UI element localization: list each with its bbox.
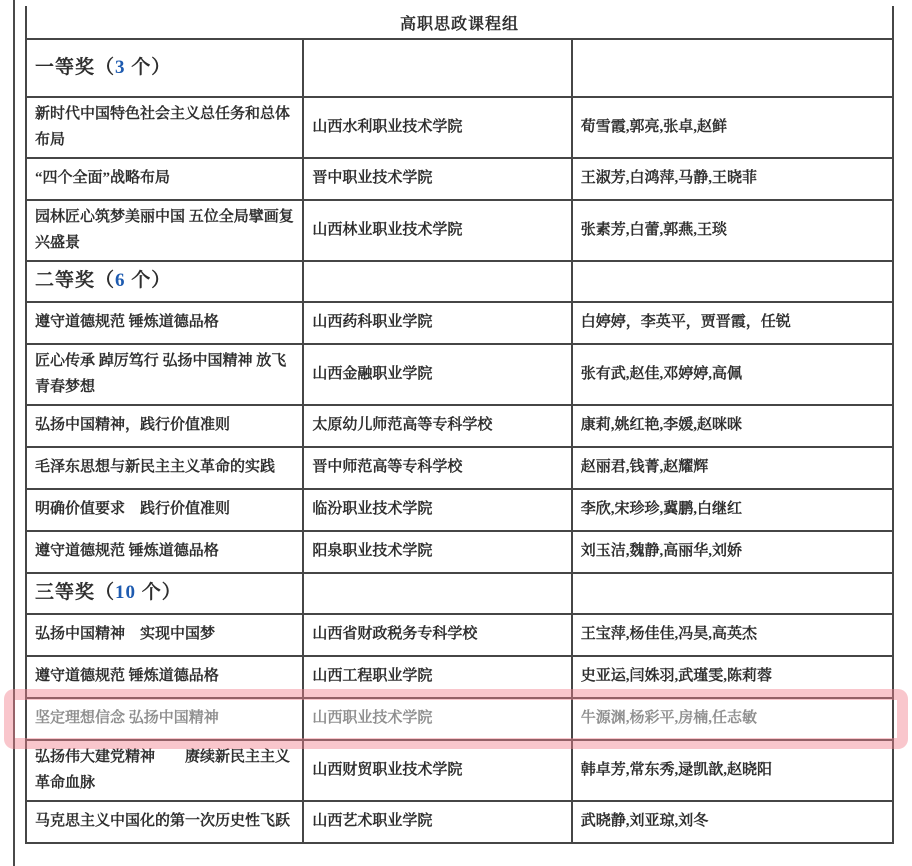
project-name: 弘扬中国精神，践行价值准则 bbox=[35, 413, 230, 439]
table-row: 遵守道德规范 锤炼道德品格 山西药科职业学院 白婷婷，李英平，贾晋霞，任锐 bbox=[27, 303, 892, 345]
table-row: 新时代中国特色社会主义总任务和总体布局 山西水利职业技术学院 荀雪霞,郭亮,张卓… bbox=[27, 98, 892, 159]
table-row: 弘扬伟大建党精神 赓续新民主主义革命血脉 山西财贸职业技术学院 韩卓芳,常东秀,… bbox=[27, 741, 892, 802]
members-cell: 牛源渊,杨彩平,房楠,任志敏 bbox=[573, 699, 892, 739]
section-header-row: 三等奖（10 个） bbox=[27, 574, 892, 615]
table-row: 毛泽东思想与新民主主义革命的实践 晋中师范高等专科学校 赵丽君,钱菁,赵耀辉 bbox=[27, 448, 892, 490]
members-cell: 荀雪霞,郭亮,张卓,赵鲜 bbox=[573, 98, 892, 157]
table-row: 弘扬中国精神，践行价值准则 太原幼儿师范高等专科学校 康莉,姚红艳,李媛,赵咪咪 bbox=[27, 406, 892, 448]
member-names: 张有武,赵佳,邓婷婷,高佩 bbox=[581, 362, 742, 388]
members-cell: 赵丽君,钱菁,赵耀辉 bbox=[573, 448, 892, 488]
project-name: 遵守道德规范 锤炼道德品格 bbox=[35, 664, 219, 690]
member-names: 刘玉洁,魏静,高丽华,刘娇 bbox=[581, 539, 742, 565]
project-name: 园林匠心筑梦美丽中国 五位全局擘画复兴盛景 bbox=[35, 205, 294, 256]
project-cell: 马克思主义中国化的第一次历史性飞跃 bbox=[27, 802, 304, 842]
section-count: 6 bbox=[115, 270, 126, 291]
school-cell: 山西林业职业技术学院 bbox=[304, 201, 572, 260]
table-row: 明确价值要求 践行价值准则 临汾职业技术学院 李欣,宋珍珍,冀鹏,白继红 bbox=[27, 490, 892, 532]
table-title-row: 高职思政课程组 bbox=[27, 6, 892, 40]
page-title: 高职思政课程组 bbox=[400, 11, 519, 34]
project-cell: 遵守道德规范 锤炼道德品格 bbox=[27, 657, 304, 697]
school-cell: 晋中师范高等专科学校 bbox=[304, 448, 572, 488]
empty-cell bbox=[573, 40, 892, 96]
section-header-cell: 一等奖（3 个） bbox=[27, 40, 304, 96]
empty-cell bbox=[573, 574, 892, 613]
table-row: 遵守道德规范 锤炼道德品格 山西工程职业学院 史亚运,闫姝羽,武瑾雯,陈莉蓉 bbox=[27, 657, 892, 699]
project-name: 明确价值要求 践行价值准则 bbox=[35, 497, 230, 523]
empty-cell bbox=[573, 262, 892, 301]
school-name: 山西艺术职业学院 bbox=[312, 809, 432, 835]
member-names: 白婷婷，李英平，贾晋霞，任锐 bbox=[581, 310, 791, 336]
school-cell: 山西金融职业学院 bbox=[304, 345, 572, 404]
school-cell: 山西财贸职业技术学院 bbox=[304, 741, 572, 800]
empty-cell bbox=[304, 40, 572, 96]
table-row: 坚定理想信念 弘扬中国精神 山西职业技术学院 牛源渊,杨彩平,房楠,任志敏 bbox=[27, 699, 892, 741]
section-label-text: 一等奖（ bbox=[35, 57, 115, 78]
project-cell: 弘扬中国精神，践行价值准则 bbox=[27, 406, 304, 446]
project-name: 遵守道德规范 锤炼道德品格 bbox=[35, 310, 219, 336]
school-name: 临汾职业技术学院 bbox=[312, 497, 432, 523]
school-cell: 晋中职业技术学院 bbox=[304, 159, 572, 199]
awards-table: 高职思政课程组 一等奖（3 个） 新时代中国特色社会主义总任务和总体布局 山西水… bbox=[25, 6, 894, 844]
school-name: 山西工程职业学院 bbox=[312, 664, 432, 690]
school-name: 山西职业技术学院 bbox=[312, 706, 432, 732]
member-names: 赵丽君,钱菁,赵耀辉 bbox=[581, 455, 709, 481]
school-name: 晋中职业技术学院 bbox=[312, 166, 432, 192]
project-name: “四个全面”战略布局 bbox=[35, 166, 170, 192]
members-cell: 张有武,赵佳,邓婷婷,高佩 bbox=[573, 345, 892, 404]
table-row: 马克思主义中国化的第一次历史性飞跃 山西艺术职业学院 武晓静,刘亚琼,刘冬 bbox=[27, 802, 892, 844]
empty-cell bbox=[304, 262, 572, 301]
table-row: 匠心传承 踔厉笃行 弘扬中国精神 放飞青春梦想 山西金融职业学院 张有武,赵佳,… bbox=[27, 345, 892, 406]
school-name: 山西水利职业技术学院 bbox=[312, 115, 462, 141]
empty-cell bbox=[304, 574, 572, 613]
members-cell: 史亚运,闫姝羽,武瑾雯,陈莉蓉 bbox=[573, 657, 892, 697]
members-cell: 王淑芳,白鸿萍,马静,王晓菲 bbox=[573, 159, 892, 199]
project-name: 弘扬中国精神 实现中国梦 bbox=[35, 622, 215, 648]
school-name: 晋中师范高等专科学校 bbox=[312, 455, 462, 481]
members-cell: 李欣,宋珍珍,冀鹏,白继红 bbox=[573, 490, 892, 530]
member-names: 康莉,姚红艳,李媛,赵咪咪 bbox=[581, 413, 742, 439]
school-name: 山西林业职业技术学院 bbox=[312, 218, 462, 244]
section-label: 二等奖（6 个） bbox=[35, 270, 171, 293]
school-name: 山西药科职业学院 bbox=[312, 310, 432, 336]
project-cell: 遵守道德规范 锤炼道德品格 bbox=[27, 532, 304, 572]
project-cell: 坚定理想信念 弘扬中国精神 bbox=[27, 699, 304, 739]
school-cell: 太原幼儿师范高等专科学校 bbox=[304, 406, 572, 446]
school-name: 山西省财政税务专科学校 bbox=[312, 622, 477, 648]
project-cell: 毛泽东思想与新民主主义革命的实践 bbox=[27, 448, 304, 488]
section-label-suffix: 个） bbox=[126, 57, 172, 78]
table-outer-border-line bbox=[13, 0, 15, 866]
members-cell: 王宝萍,杨佳佳,冯昊,高英杰 bbox=[573, 615, 892, 655]
member-names: 王宝萍,杨佳佳,冯昊,高英杰 bbox=[581, 622, 757, 648]
school-cell: 山西职业技术学院 bbox=[304, 699, 572, 739]
table-row: 遵守道德规范 锤炼道德品格 阳泉职业技术学院 刘玉洁,魏静,高丽华,刘娇 bbox=[27, 532, 892, 574]
members-cell: 韩卓芳,常东秀,逯凯歆,赵晓阳 bbox=[573, 741, 892, 800]
project-name: 弘扬伟大建党精神 赓续新民主主义革命血脉 bbox=[35, 745, 294, 796]
school-name: 阳泉职业技术学院 bbox=[312, 539, 432, 565]
school-cell: 山西水利职业技术学院 bbox=[304, 98, 572, 157]
section-label-text: 三等奖（ bbox=[35, 582, 115, 603]
section-label-suffix: 个） bbox=[126, 270, 172, 291]
section-header-row: 二等奖（6 个） bbox=[27, 262, 892, 303]
members-cell: 张素芳,白蕾,郭燕,王琰 bbox=[573, 201, 892, 260]
member-names: 史亚运,闫姝羽,武瑾雯,陈莉蓉 bbox=[581, 664, 772, 690]
project-cell: 明确价值要求 践行价值准则 bbox=[27, 490, 304, 530]
members-cell: 刘玉洁,魏静,高丽华,刘娇 bbox=[573, 532, 892, 572]
school-cell: 山西艺术职业学院 bbox=[304, 802, 572, 842]
project-cell: 新时代中国特色社会主义总任务和总体布局 bbox=[27, 98, 304, 157]
members-cell: 武晓静,刘亚琼,刘冬 bbox=[573, 802, 892, 842]
project-name: 遵守道德规范 锤炼道德品格 bbox=[35, 539, 219, 565]
awards-table-body: 一等奖（3 个） 新时代中国特色社会主义总任务和总体布局 山西水利职业技术学院 … bbox=[27, 40, 892, 844]
school-cell: 山西省财政税务专科学校 bbox=[304, 615, 572, 655]
project-cell: “四个全面”战略布局 bbox=[27, 159, 304, 199]
member-names: 武晓静,刘亚琼,刘冬 bbox=[581, 809, 709, 835]
member-names: 张素芳,白蕾,郭燕,王琰 bbox=[581, 218, 727, 244]
project-cell: 遵守道德规范 锤炼道德品格 bbox=[27, 303, 304, 343]
member-names: 王淑芳,白鸿萍,马静,王晓菲 bbox=[581, 166, 757, 192]
members-cell: 康莉,姚红艳,李媛,赵咪咪 bbox=[573, 406, 892, 446]
table-row: “四个全面”战略布局 晋中职业技术学院 王淑芳,白鸿萍,马静,王晓菲 bbox=[27, 159, 892, 201]
section-label-text: 二等奖（ bbox=[35, 270, 115, 291]
section-header-cell: 三等奖（10 个） bbox=[27, 574, 304, 613]
table-row: 园林匠心筑梦美丽中国 五位全局擘画复兴盛景 山西林业职业技术学院 张素芳,白蕾,… bbox=[27, 201, 892, 262]
members-cell: 白婷婷，李英平，贾晋霞，任锐 bbox=[573, 303, 892, 343]
section-label-suffix: 个） bbox=[136, 582, 182, 603]
section-label: 三等奖（10 个） bbox=[35, 582, 182, 605]
table-row: 弘扬中国精神 实现中国梦 山西省财政税务专科学校 王宝萍,杨佳佳,冯昊,高英杰 bbox=[27, 615, 892, 657]
project-name: 新时代中国特色社会主义总任务和总体布局 bbox=[35, 102, 294, 153]
school-name: 山西金融职业学院 bbox=[312, 362, 432, 388]
section-header-row: 一等奖（3 个） bbox=[27, 40, 892, 98]
project-name: 马克思主义中国化的第一次历史性飞跃 bbox=[35, 809, 290, 835]
school-cell: 阳泉职业技术学院 bbox=[304, 532, 572, 572]
school-name: 太原幼儿师范高等专科学校 bbox=[312, 413, 492, 439]
project-cell: 弘扬伟大建党精神 赓续新民主主义革命血脉 bbox=[27, 741, 304, 800]
section-header-cell: 二等奖（6 个） bbox=[27, 262, 304, 301]
project-name: 坚定理想信念 弘扬中国精神 bbox=[35, 706, 219, 732]
section-count: 10 bbox=[115, 582, 136, 603]
project-name: 毛泽东思想与新民主主义革命的实践 bbox=[35, 455, 275, 481]
project-cell: 匠心传承 踔厉笃行 弘扬中国精神 放飞青春梦想 bbox=[27, 345, 304, 404]
section-label: 一等奖（3 个） bbox=[35, 57, 171, 80]
school-cell: 山西工程职业学院 bbox=[304, 657, 572, 697]
project-cell: 弘扬中国精神 实现中国梦 bbox=[27, 615, 304, 655]
project-name: 匠心传承 踔厉笃行 弘扬中国精神 放飞青春梦想 bbox=[35, 349, 294, 400]
member-names: 牛源渊,杨彩平,房楠,任志敏 bbox=[581, 706, 757, 732]
member-names: 李欣,宋珍珍,冀鹏,白继红 bbox=[581, 497, 742, 523]
member-names: 荀雪霞,郭亮,张卓,赵鲜 bbox=[581, 115, 727, 141]
school-cell: 山西药科职业学院 bbox=[304, 303, 572, 343]
project-cell: 园林匠心筑梦美丽中国 五位全局擘画复兴盛景 bbox=[27, 201, 304, 260]
member-names: 韩卓芳,常东秀,逯凯歆,赵晓阳 bbox=[581, 758, 772, 784]
school-name: 山西财贸职业技术学院 bbox=[312, 758, 462, 784]
school-cell: 临汾职业技术学院 bbox=[304, 490, 572, 530]
document-page: 高职思政课程组 一等奖（3 个） 新时代中国特色社会主义总任务和总体布局 山西水… bbox=[0, 0, 912, 866]
section-count: 3 bbox=[115, 57, 126, 78]
